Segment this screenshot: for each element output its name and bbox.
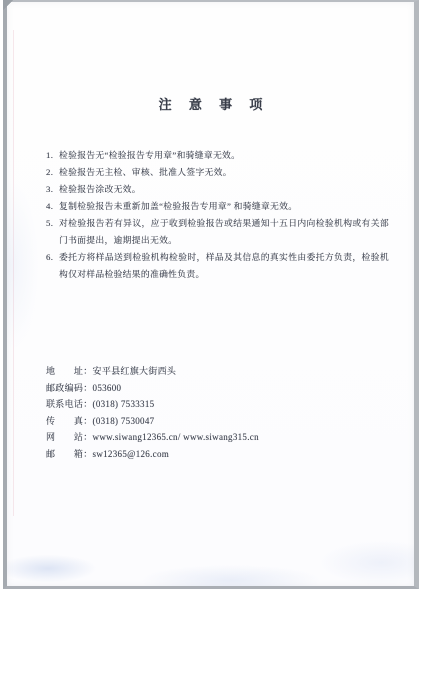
contact-value: 安平县红旗大街西头 xyxy=(93,363,177,380)
note-item: 5. 对检验报告若有异议，应于收到检验报告或结果通知十五日内向检验机构或有关部门… xyxy=(46,215,389,249)
note-text: 复制检验报告未重新加盖“检验报告专用章” 和骑缝章无效。 xyxy=(59,198,389,215)
contact-value: 053600 xyxy=(93,380,122,397)
contact-row-address: 地 址： 安平县红旗大街西头 xyxy=(46,363,414,380)
note-item: 3. 检验报告涂改无效。 xyxy=(46,181,389,198)
note-text: 对检验报告若有异议，应于收到检验报告或结果通知十五日内向检验机构或有关部门书面提… xyxy=(59,215,389,249)
note-text: 委托方将样品送到检验机构检验时，样品及其信息的真实性由委托方负责，检验机构仅对样… xyxy=(59,249,389,283)
contact-label: 邮 箱： xyxy=(46,446,93,463)
note-item: 2. 检验报告无主检、审核、批准人签字无效。 xyxy=(46,164,389,181)
contact-value: sw12365@126.com xyxy=(93,446,170,463)
note-number: 4. xyxy=(46,198,59,215)
contact-label: 地 址： xyxy=(46,363,93,380)
note-number: 6. xyxy=(46,249,59,266)
note-item: 4. 复制检验报告未重新加盖“检验报告专用章” 和骑缝章无效。 xyxy=(46,198,389,215)
contact-label: 网 站： xyxy=(46,429,93,446)
scan-canvas: 注 意 事 项 1. 检验报告无“检验报告专用章”和骑缝章无效。 2. 检验报告… xyxy=(0,0,424,700)
contact-row-fax: 传 真： (0318) 7530047 xyxy=(46,413,414,430)
document-page: 注 意 事 项 1. 检验报告无“检验报告专用章”和骑缝章无效。 2. 检验报告… xyxy=(3,0,419,589)
note-number: 3. xyxy=(46,181,59,198)
note-number: 5. xyxy=(46,215,59,232)
contact-value: (0318) 7533315 xyxy=(93,396,155,413)
note-item: 6. 委托方将样品送到检验机构检验时，样品及其信息的真实性由委托方负责，检验机构… xyxy=(46,249,389,283)
contact-value: (0318) 7530047 xyxy=(93,413,155,430)
page-title: 注 意 事 项 xyxy=(7,94,414,113)
contact-label: 联系电话： xyxy=(46,396,93,413)
contact-row-website: 网 站： www.siwang12365.cn/ www.siwang315.c… xyxy=(46,429,414,446)
contact-block: 地 址： 安平县红旗大街西头 邮政编码： 053600 联系电话： (0318)… xyxy=(46,363,414,462)
note-number: 1. xyxy=(46,147,59,164)
contact-label: 邮政编码： xyxy=(46,380,93,397)
contact-row-email: 邮 箱： sw12365@126.com xyxy=(46,446,414,463)
note-text: 检验报告无“检验报告专用章”和骑缝章无效。 xyxy=(59,147,389,164)
contact-row-phone: 联系电话： (0318) 7533315 xyxy=(46,396,414,413)
contact-label: 传 真： xyxy=(46,413,93,430)
note-text: 检验报告涂改无效。 xyxy=(59,181,389,198)
contact-row-postcode: 邮政编码： 053600 xyxy=(46,380,414,397)
note-item: 1. 检验报告无“检验报告专用章”和骑缝章无效。 xyxy=(46,147,389,164)
notes-list: 1. 检验报告无“检验报告专用章”和骑缝章无效。 2. 检验报告无主检、审核、批… xyxy=(46,147,389,283)
note-number: 2. xyxy=(46,164,59,181)
contact-value: www.siwang12365.cn/ www.siwang315.cn xyxy=(93,429,259,446)
note-text: 检验报告无主检、审核、批准人签字无效。 xyxy=(59,164,389,181)
